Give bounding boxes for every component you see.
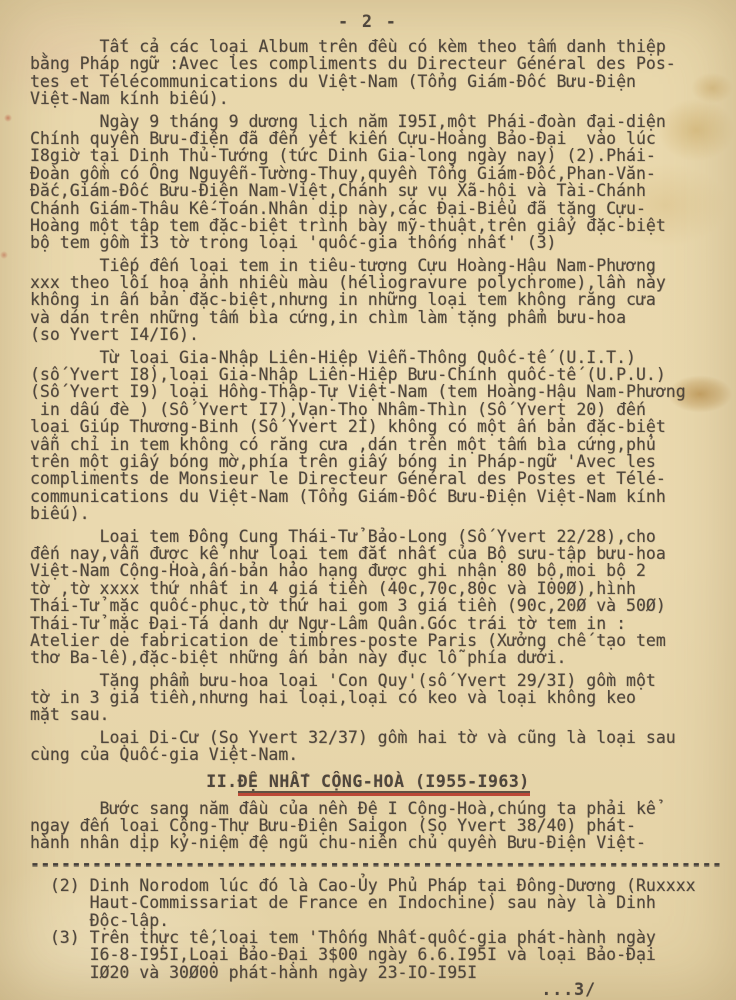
text-line: Đắc,Giám-Đốc Bưu-Điện Nam-Việt,Chánh sự … [30, 182, 736, 199]
text-line: Thái-Tử mặc quốc-phục,tờ thứ hai gom 3 g… [30, 597, 736, 614]
paragraph-bao-long-stamps: Loại tem Đông Cung Thái-Tử Bảo-Long (Số … [30, 528, 736, 667]
text-line: (3) Trên thực tế,loại tem 'Thống Nhất-qu… [30, 929, 736, 946]
text-line: ngay đến loại Cộng-Thự Bưu-Điện Saigon (… [30, 817, 736, 834]
text-line: I6-8-I95I,Loại Bảo-Đại 3$00 ngày 6.6.I95… [30, 946, 736, 963]
text-line: IØ20 và 30Ø00 phát-hành ngày 23-IO-I95I [30, 964, 736, 981]
section-heading: II.ĐỆ NHẤT CỘNG-HOÀ (I955-I963) [30, 773, 706, 793]
text-line: bằng Pháp ngữ :Avec les compliments du D… [30, 55, 736, 72]
text-line: Ngày 9 tháng 9 dương lịch năm I95I,một P… [30, 113, 736, 130]
text-line: Đoàn gồm có Ông Nguyễn-Tường-Thuy,quyền … [30, 165, 736, 182]
text-line: tes et Télécommunications du Việt-Nam (T… [30, 73, 736, 90]
text-line: hành nhân dịp kỷ-niệm đệ ngũ chu-niên ch… [30, 834, 736, 851]
text-line: loại Giúp Thương-Binh (Số Yvert 2I) khôn… [30, 418, 736, 435]
text-line: (2) Dinh Norodom lúc đó là Cao-Ủy Phủ Ph… [30, 877, 736, 894]
paragraph-con-quy-stamps: Tặng phẩm bưu-hoa loại 'Con Quy'(số Yver… [30, 672, 736, 724]
paragraph-album-note: Tất cả các loại Album trên đều có kèm th… [30, 38, 736, 108]
text-line: in dấu đè ) (Số Yvert I7),Vạn-Thọ Nhâm-T… [30, 401, 736, 418]
text-line: tờ ,tờ xxxx thứ nhất in 4 giá tiền (40c,… [30, 580, 736, 597]
text-line: không in ấn bản đặc-biệt,nhưng in những … [30, 291, 736, 308]
footnote-separator-rule: ----------------------------------------… [30, 857, 736, 875]
text-line: Tặng phẩm bưu-hoa loại 'Con Quy'(số Yver… [30, 672, 736, 689]
paragraph-section-intro: Bước sang năm đầu của nền Đệ I Cộng-Hoà,… [30, 800, 736, 852]
text-line: Bước sang năm đầu của nền Đệ I Cộng-Hoà,… [30, 800, 736, 817]
text-line: Hoàng một tập tem đặc-biệt trình bày mỹ-… [30, 217, 736, 234]
text-line: vẫn chỉ in tem không có răng cưa ,dán tr… [30, 436, 736, 453]
text-line: đến nay,vẫn được kể như loại tem đắt nhấ… [30, 545, 736, 562]
text-line: tờ in 3 giá tiền,nhưng hai loại,loại có … [30, 689, 736, 706]
paragraph-uit-upu-stamps: Từ loại Gia-Nhập Liên-Hiệp Viễn-Thông Qu… [30, 349, 736, 523]
text-line: thơ Ba-lê),đặc-biệt những ấn bản này đục… [30, 649, 736, 666]
text-line: compliments de Monsieur le Directeur Gén… [30, 470, 736, 487]
text-line: bộ tem gồm I3 tờ trong loại 'quốc-gia th… [30, 234, 736, 251]
text-line: Việt-Nam Cộng-Hoà,ấn-bản hảo hạng được g… [30, 562, 736, 579]
text-line: (số Yvert I8),loại Gia-Nhập Liên-Hiệp Bư… [30, 366, 736, 383]
text-line: communications du Việt-Nam (Tổng Giám-Đố… [30, 488, 736, 505]
footnote-2: (2) Dinh Norodom lúc đó là Cao-Ủy Phủ Ph… [30, 877, 736, 929]
text-line: Atelier de fabrication de timbres-poste … [30, 632, 736, 649]
text-line: Tiếp đến loại tem in tiêu-tượng Cựu Hoàn… [30, 257, 736, 274]
text-line: (Số Yvert I9) loại Hồng-Thập-Tự Việt-Nam… [30, 383, 736, 400]
paragraph-di-cu-stamps: Loại Di-Cư (Sọ Yvert 32/37) gồm hai tờ v… [30, 729, 736, 764]
text-line: xxx theo lối hoạ ảnh nhiều màu (héliogra… [30, 274, 736, 291]
text-line: Loại Di-Cư (Sọ Yvert 32/37) gồm hai tờ v… [30, 729, 736, 746]
footnote-3: (3) Trên thực tế,loại tem 'Thống Nhất-qu… [30, 929, 736, 981]
typewritten-document-page: - 2 - Tất cả các loại Album trên đều có … [0, 0, 736, 1000]
paragraph-delegation-1951: Ngày 9 tháng 9 dương lịch năm I95I,một P… [30, 113, 736, 252]
text-line: Thái-Tử mặc Đại-Tá danh dự Ngự-Lâm Quân.… [30, 615, 736, 632]
text-line: Từ loại Gia-Nhập Liên-Hiệp Viễn-Thông Qu… [30, 349, 736, 366]
text-line: Việt-Nam kính biếu). [30, 90, 736, 107]
text-line: Chính quyền Bưu-điện đã đến yết kiến Cựu… [30, 130, 736, 147]
page-number: - 2 - [30, 13, 706, 31]
section-heading-title: ĐỆ NHẤT CỘNG-HOÀ (I955-I963) [238, 773, 530, 793]
text-line: Chánh Giám-Thâu Kế-Toán.Nhân dịp này,các… [30, 200, 736, 217]
text-line: và dán trên những tấm bìa cứng,in chìm l… [30, 309, 736, 326]
footnotes-block: (2) Dinh Norodom lúc đó là Cao-Ủy Phủ Ph… [30, 877, 736, 981]
text-line: cùng của Quốc-gia Việt-Nam. [30, 746, 736, 763]
paragraph-nam-phuong-stamps: Tiếp đến loại tem in tiêu-tượng Cựu Hoàn… [30, 257, 736, 344]
section-heading-prefix: II. [206, 772, 237, 791]
text-line: trên một giấy bóng mờ,phía trên giấy bón… [30, 453, 736, 470]
text-line: mặt sau. [30, 706, 736, 723]
text-line: Loại tem Đông Cung Thái-Tử Bảo-Long (Số … [30, 528, 736, 545]
continuation-mark: ...3/ [30, 981, 736, 999]
text-line: (so Yvert I4/I6). [30, 326, 736, 343]
text-line: Haut-Commissariat de France en Indochine… [30, 894, 736, 911]
text-line: Tất cả các loại Album trên đều có kèm th… [30, 38, 736, 55]
text-line: biếu). [30, 505, 736, 522]
text-line: I8giờ tại Dinh Thủ-Tướng (tức Dinh Gia-l… [30, 147, 736, 164]
text-line: Độc-lập. [30, 912, 736, 929]
